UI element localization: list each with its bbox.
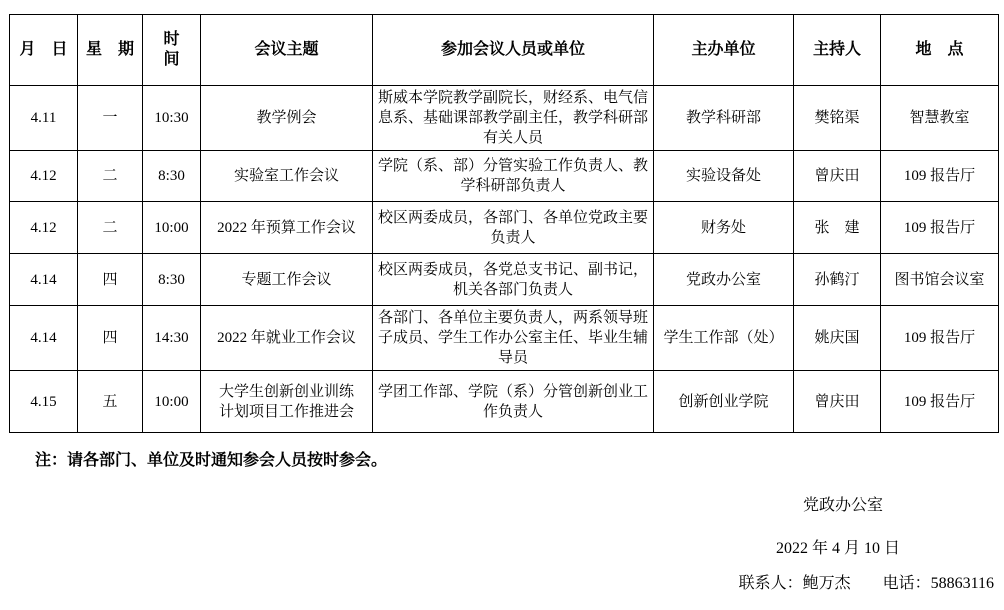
cell-location: 109 报告厅	[881, 371, 999, 433]
cell-host: 樊铭渠	[794, 86, 881, 151]
cell-time: 8:30	[143, 151, 201, 202]
cell-location: 109 报告厅	[881, 202, 999, 254]
cell-time: 10:00	[143, 202, 201, 254]
cell-participants: 校区两委成员，各党总支书记、副书记，机关各部门负责人	[373, 254, 654, 306]
cell-organizer: 实验设备处	[654, 151, 794, 202]
header-topic: 会议主题	[201, 15, 373, 86]
cell-weekday: 四	[78, 254, 143, 306]
cell-date: 4.12	[10, 151, 78, 202]
cell-weekday: 五	[78, 371, 143, 433]
cell-topic: 实验室工作会议	[201, 151, 373, 202]
header-time: 时 间	[143, 15, 201, 86]
table-header-row: 月 日 星 期 时 间 会议主题 参加会议人员或单位 主办单位 主持人 地 点	[10, 15, 999, 86]
header-host: 主持人	[794, 15, 881, 86]
cell-date: 4.14	[10, 306, 78, 371]
meeting-schedule-document: 月 日 星 期 时 间 会议主题 参加会议人员或单位 主办单位 主持人 地 点 …	[0, 0, 1004, 610]
signature-contact: 联系人：鲍万杰 电话：58863116	[739, 570, 994, 593]
cell-host: 曾庆田	[794, 151, 881, 202]
table-row: 4.14 四 14:30 2022 年就业工作会议 各部门、各单位主要负责人，两…	[10, 306, 999, 371]
cell-topic: 教学例会	[201, 86, 373, 151]
cell-participants: 学团工作部、学院（系）分管创新创业工作负责人	[373, 371, 654, 433]
cell-weekday: 二	[78, 151, 143, 202]
cell-location: 图书馆会议室	[881, 254, 999, 306]
cell-organizer: 党政办公室	[654, 254, 794, 306]
cell-date: 4.14	[10, 254, 78, 306]
cell-organizer: 财务处	[654, 202, 794, 254]
header-organizer: 主办单位	[654, 15, 794, 86]
cell-host: 孙鹤汀	[794, 254, 881, 306]
table-row: 4.14 四 8:30 专题工作会议 校区两委成员，各党总支书记、副书记，机关各…	[10, 254, 999, 306]
cell-date: 4.11	[10, 86, 78, 151]
cell-weekday: 四	[78, 306, 143, 371]
cell-location: 109 报告厅	[881, 306, 999, 371]
cell-time: 10:30	[143, 86, 201, 151]
header-location: 地 点	[881, 15, 999, 86]
cell-host: 张 建	[794, 202, 881, 254]
signature-date: 2022 年 4 月 10 日	[776, 535, 900, 558]
cell-participants: 学院（系、部）分管实验工作负责人、教学科研部负责人	[373, 151, 654, 202]
header-weekday: 星 期	[78, 15, 143, 86]
cell-organizer: 学生工作部（处）	[654, 306, 794, 371]
cell-organizer: 创新创业学院	[654, 371, 794, 433]
header-month-day: 月 日	[10, 15, 78, 86]
table-row: 4.12 二 8:30 实验室工作会议 学院（系、部）分管实验工作负责人、教学科…	[10, 151, 999, 202]
meeting-schedule-table: 月 日 星 期 时 间 会议主题 参加会议人员或单位 主办单位 主持人 地 点 …	[9, 14, 999, 433]
cell-location: 109 报告厅	[881, 151, 999, 202]
table-row: 4.12 二 10:00 2022 年预算工作会议 校区两委成员，各部门、各单位…	[10, 202, 999, 254]
cell-participants: 校区两委成员，各部门、各单位党政主要负责人	[373, 202, 654, 254]
cell-topic: 2022 年预算工作会议	[201, 202, 373, 254]
cell-topic: 2022 年就业工作会议	[201, 306, 373, 371]
signature-office: 党政办公室	[803, 492, 883, 515]
cell-topic: 专题工作会议	[201, 254, 373, 306]
cell-location: 智慧教室	[881, 86, 999, 151]
cell-host: 姚庆国	[794, 306, 881, 371]
cell-organizer: 教学科研部	[654, 86, 794, 151]
cell-time: 14:30	[143, 306, 201, 371]
cell-topic: 大学生创新创业训练 计划项目工作推进会	[201, 371, 373, 433]
cell-participants: 斯威本学院教学副院长，财经系、电气信息系、基础课部教学副主任，教学科研部有关人员	[373, 86, 654, 151]
cell-host: 曾庆田	[794, 371, 881, 433]
cell-time: 10:00	[143, 371, 201, 433]
note-text: 注：请各部门、单位及时通知参会人员按时参会。	[35, 447, 387, 470]
cell-time: 8:30	[143, 254, 201, 306]
cell-weekday: 一	[78, 86, 143, 151]
cell-date: 4.12	[10, 202, 78, 254]
table-row: 4.15 五 10:00 大学生创新创业训练 计划项目工作推进会 学团工作部、学…	[10, 371, 999, 433]
header-participants: 参加会议人员或单位	[373, 15, 654, 86]
table-row: 4.11 一 10:30 教学例会 斯威本学院教学副院长，财经系、电气信息系、基…	[10, 86, 999, 151]
cell-weekday: 二	[78, 202, 143, 254]
cell-date: 4.15	[10, 371, 78, 433]
cell-participants: 各部门、各单位主要负责人，两系领导班子成员、学生工作办公室主任、毕业生辅导员	[373, 306, 654, 371]
